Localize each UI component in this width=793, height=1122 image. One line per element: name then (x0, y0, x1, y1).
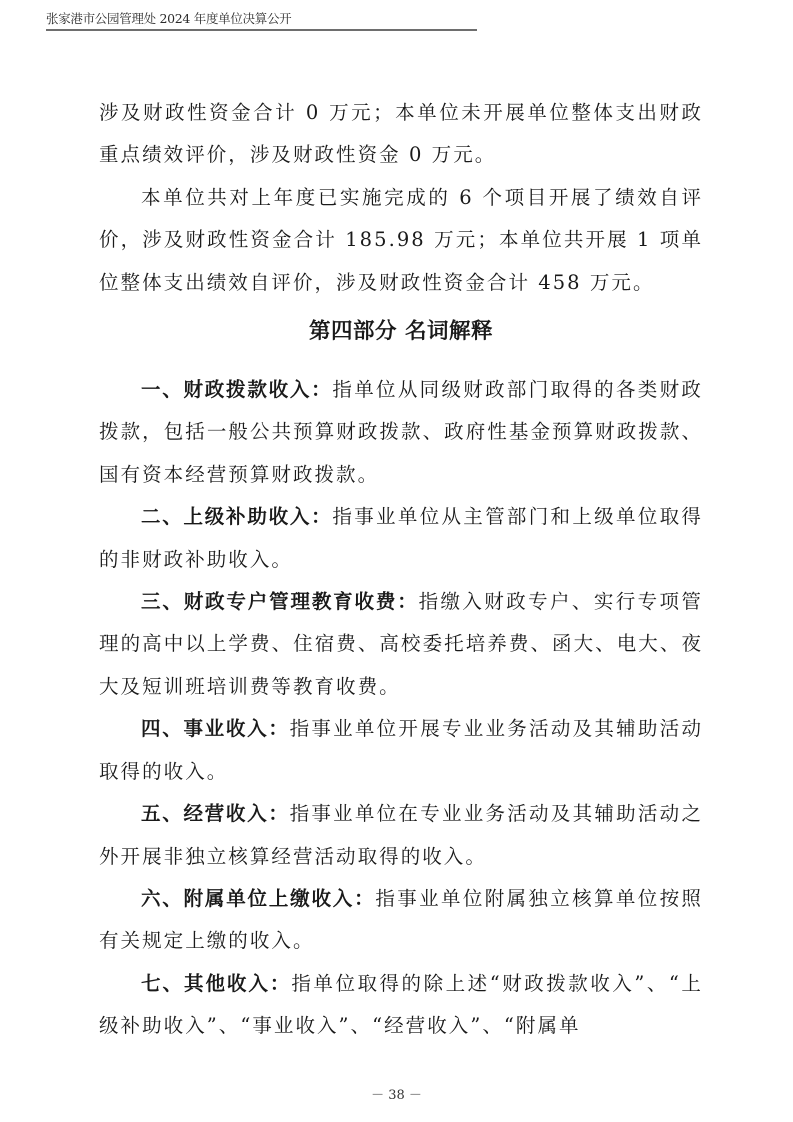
definition-term: 五、经营收入： (141, 802, 290, 825)
running-header: 张家港市公园管理处 2024 年度单位决算公开 (46, 10, 477, 31)
definition-item: 四、事业收入：指事业单位开展专业业务活动及其辅助活动取得的收入。 (99, 708, 703, 793)
definition-term: 三、财政专户管理教育收费： (141, 590, 419, 613)
definition-item: 七、其他收入：指单位取得的除上述“财政拨款收入”、“上级补助收入”、“事业收入”… (99, 963, 703, 1048)
definition-term: 六、附属单位上缴收入： (141, 887, 375, 910)
definition-item: 一、财政拨款收入：指单位从同级财政部门取得的各类财政拨款，包括一般公共预算财政拨… (99, 369, 703, 496)
header-title: 张家港市公园管理处 2024 年度单位决算公开 (46, 10, 477, 27)
definition-item: 二、上级补助收入：指事业单位从主管部门和上级单位取得的非财政补助收入。 (99, 496, 703, 581)
section-title: 第四部分 名词解释 (99, 311, 703, 353)
definition-term: 二、上级补助收入： (141, 505, 332, 528)
definition-term: 四、事业收入： (141, 717, 290, 740)
definition-item: 六、附属单位上缴收入：指事业单位附属独立核算单位按照有关规定上缴的收入。 (99, 878, 703, 963)
page-number: － 38 － (0, 1084, 793, 1103)
definition-term: 七、其他收入： (141, 972, 291, 995)
definition-term: 一、财政拨款收入： (141, 378, 332, 401)
paragraph-continuation: 涉及财政性资金合计 0 万元；本单位未开展单位整体支出财政重点绩效评价，涉及财政… (99, 92, 703, 177)
page-content: 涉及财政性资金合计 0 万元；本单位未开展单位整体支出财政重点绩效评价，涉及财政… (99, 92, 703, 1048)
definition-item: 三、财政专户管理教育收费：指缴入财政专户、实行专项管理的高中以上学费、住宿费、高… (99, 581, 703, 708)
definition-item: 五、经营收入：指事业单位在专业业务活动及其辅助活动之外开展非独立核算经营活动取得… (99, 793, 703, 878)
paragraph-self-evaluation: 本单位共对上年度已实施完成的 6 个项目开展了绩效自评价，涉及财政性资金合计 1… (99, 177, 703, 304)
